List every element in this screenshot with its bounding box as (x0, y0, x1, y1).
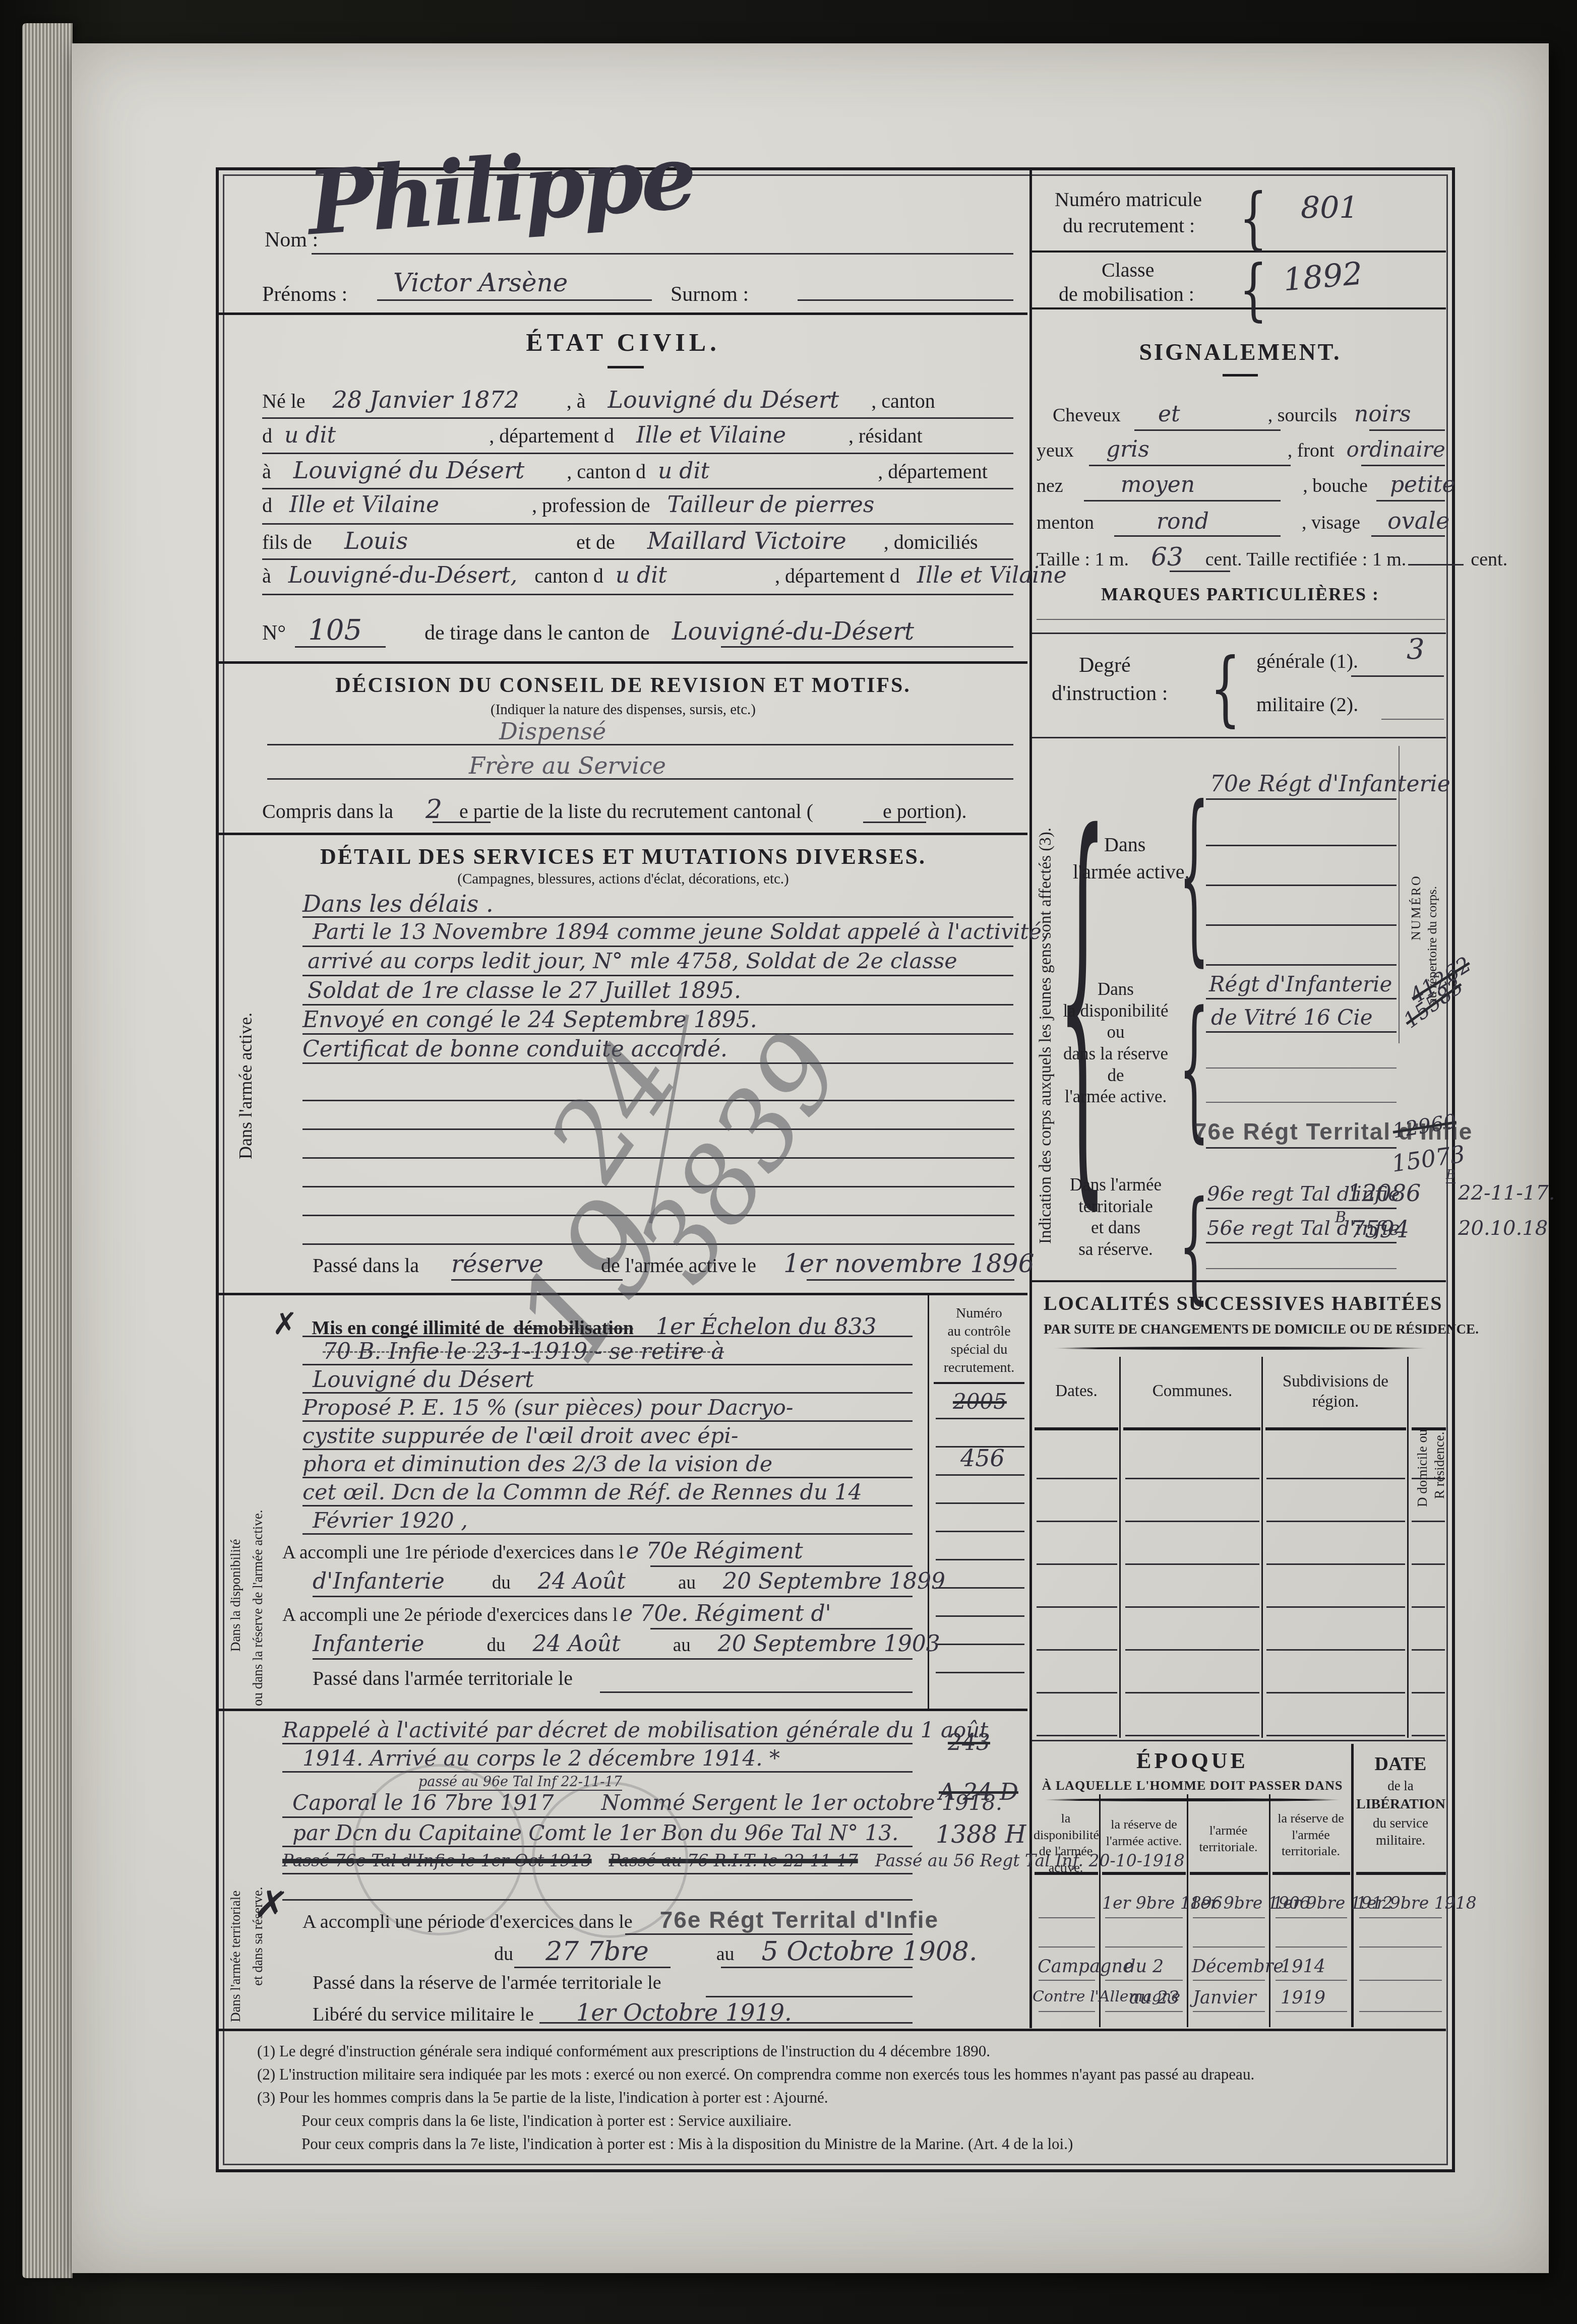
rule-line (267, 744, 1013, 745)
rule-line (1193, 2011, 1265, 2012)
generale-label: générale (1). (1256, 649, 1358, 673)
active-label-1: Dans (1104, 833, 1145, 856)
separator (1032, 737, 1446, 738)
compris-row: Compris dans la 2 e partie de la liste d… (262, 794, 967, 825)
label: du (494, 1943, 513, 1965)
menton-label: menton (1037, 512, 1094, 533)
brace: { (1179, 766, 1209, 983)
blank-ruled-lines (1412, 1436, 1445, 1738)
scanned-register-sheet: Philippe Nom : Prénoms : Victor Arsène S… (0, 0, 1577, 2324)
department: Ille et Vilaine (289, 492, 439, 518)
rule-line (1193, 1946, 1265, 1948)
sidebar-terr-label-1: Dans l'armée territoriale (228, 1891, 244, 2022)
label: , département d (775, 564, 900, 587)
rule-line (1039, 1980, 1095, 1981)
label: , résidant (848, 424, 923, 447)
value: réserve (451, 1250, 543, 1278)
sourcils-value: noirs (1354, 401, 1411, 427)
label: A accompli une 1re période d'exercices d… (282, 1542, 624, 1563)
dispo-label-block: Dans la disponibilité ou dans la réserve… (1053, 979, 1179, 1108)
separator (1032, 1280, 1446, 1282)
label: , département (878, 460, 988, 483)
rule-line (1039, 2011, 1095, 2012)
regiment: d'Infanterie (313, 1568, 445, 1594)
rappel-entry: Rappelé à l'activité par décret de mobil… (282, 1718, 988, 1742)
title-dash (608, 366, 644, 368)
rule-line (1170, 571, 1230, 572)
rule-line (302, 1364, 913, 1365)
label: du (487, 1635, 505, 1656)
rule-line (1206, 1242, 1397, 1243)
rule-line (1206, 798, 1397, 800)
passe-territoriale-label: Passé dans l'armée territoriale le (313, 1666, 573, 1690)
mutation-entry: Passé au 56 Regt Tal Inf. 20-10-1918 (875, 1851, 1185, 1870)
label: la disponibilité (1053, 1000, 1179, 1022)
label: dans la réserve (1053, 1043, 1179, 1065)
rule-line (807, 1279, 1014, 1281)
tirage-canton: Louvigné-du-Désert (672, 617, 914, 646)
label: de tirage dans le canton de (424, 621, 650, 645)
brace: { (1210, 641, 1241, 736)
sidebar-dispo-label-1: Dans la disponibilité (228, 1539, 244, 1652)
etat-civil-row-5: fils de Louis et de Maillard Victoire , … (262, 527, 978, 554)
rule-line (262, 594, 1013, 595)
label: , canton d (567, 460, 646, 483)
rule-line (1359, 1980, 1442, 1981)
localites-title: LOCALITÉS SUCCESSIVES HABITÉES (1044, 1291, 1437, 1315)
reforme-entry: cystite suppurée de l'œil droit avec épi… (302, 1423, 738, 1449)
rule-line (1193, 1917, 1265, 1918)
rule-line (1105, 2011, 1183, 2012)
label: Libéré du service militaire le (313, 2004, 534, 2025)
cheveux-label: Cheveux (1053, 405, 1121, 426)
repertoire-number-prefix: B (1335, 1209, 1346, 1226)
rule-line (1381, 719, 1444, 720)
passe-reserve-terr-label: Passé dans la réserve de l'armée territo… (313, 1972, 661, 1994)
separator (219, 661, 1027, 664)
numero-label: N° (262, 621, 286, 645)
epoque-value-territoriale: 1er 9bre 1906 (1190, 1893, 1268, 1913)
reforme-entry: Février 1920 , (313, 1508, 468, 1533)
cheveux-value: et (1158, 401, 1180, 427)
label: Né le (262, 390, 306, 412)
x-mark-icon: ✗ (272, 1306, 297, 1342)
degre-label-2: d'instruction : (1052, 681, 1168, 706)
date-col-header: de la (1356, 1778, 1445, 1794)
profession: Tailleur de pierres (668, 492, 875, 518)
periode-1-row-2: d'Infanterie du 24 Août au 20 Septembre … (313, 1568, 945, 1594)
matricule-value: 801 (1301, 191, 1359, 226)
decision-entry-1: Dispensé (499, 718, 606, 745)
label: du (492, 1573, 511, 1593)
separator (1032, 1740, 1446, 1741)
terr-label-block: Dans l'armée territoriale et dans sa rés… (1053, 1174, 1179, 1261)
col-header-subdivisions: Subdivisions de région. (1264, 1372, 1407, 1412)
services-title: DÉTAIL DES SERVICES ET MUTATIONS DIVERSE… (270, 844, 976, 869)
rule-line (302, 916, 1013, 918)
value: u dit (284, 422, 336, 448)
etat-civil-row-2: d u dit , département d Ille et Vilaine … (262, 422, 923, 448)
x-mark-icon: ✗ (252, 1880, 290, 1930)
degre-label-1: Degré (1079, 653, 1131, 677)
etat-civil-title: ÉTAT CIVIL. (421, 328, 825, 357)
table-divider (1407, 1357, 1409, 1738)
rule-line (1039, 1946, 1095, 1948)
rule-line (302, 1533, 913, 1535)
epoque-col4-header: la réserve de l'armée territoriale. (1272, 1810, 1349, 1860)
date-start: 24 Août (538, 1568, 626, 1594)
matricule-label-2: du recrutement : (1063, 214, 1195, 237)
etat-civil-row-6: à Louvigné-du-Désert, canton d u dit , d… (262, 562, 1067, 588)
header-rule (1035, 1427, 1118, 1430)
repertoire-number: 7594 (1350, 1216, 1409, 1243)
prenoms-value: Victor Arsène (393, 268, 568, 297)
matricule-label-1: Numéro matricule (1055, 187, 1202, 211)
regiment: Infanterie (313, 1631, 424, 1657)
sidebar-dispo-label-2: ou dans la réserve de l'armée active. (250, 1510, 266, 1706)
rule-line (302, 1336, 913, 1337)
etat-civil-row-3: à Louvigné du Désert , canton d u dit , … (262, 457, 988, 484)
rule-line (1369, 429, 1445, 431)
rule-line (1206, 1208, 1397, 1209)
visage-label: , visage (1302, 512, 1360, 533)
rule-line (302, 1477, 913, 1478)
label: et dans (1053, 1217, 1179, 1239)
label: et de (576, 531, 615, 553)
taille-label: Taille : 1 m. (1037, 549, 1129, 570)
margin-number: 1388 H (936, 1820, 1026, 1849)
label: e partie de la liste du recrutement cant… (459, 800, 813, 823)
classe-value: 1892 (1282, 255, 1364, 298)
separator (219, 1709, 1027, 1711)
rule-line (1105, 1917, 1183, 1918)
periode-1-row: A accompli une 1re période d'exercices d… (282, 1538, 803, 1564)
rule-line (302, 1392, 913, 1394)
residence: Louvigné du Désert (293, 457, 525, 484)
rule-line (312, 253, 1013, 255)
rule-line (313, 1658, 913, 1660)
label: l'armée active. (1053, 1086, 1179, 1108)
yeux-value: gris (1106, 436, 1149, 462)
etat-civil-row-1: Né le 28 Janvier 1872 , à Louvigné du Dé… (262, 386, 935, 413)
rule-line (625, 1933, 913, 1935)
signalement-row-2: yeux gris , front ordinaire (1037, 436, 1445, 462)
campagne-entry: 1914 (1281, 1957, 1325, 1977)
taille-row: Taille : 1 m. 63 cent. Taille rectifiée … (1037, 542, 1507, 572)
footnote-separator (219, 2029, 1446, 2031)
col-header-dates: Dates. (1035, 1382, 1118, 1401)
date-col-header: du service (1356, 1815, 1445, 1831)
nez-label: nez (1037, 475, 1063, 496)
label: , département d (489, 424, 614, 447)
margin-number-struck: A 24 D (939, 1778, 1018, 1805)
rule-line (262, 417, 1013, 419)
classe-label-2: de mobilisation : (1059, 282, 1194, 306)
yeux-label: yeux (1037, 440, 1074, 461)
value: u dit (616, 562, 667, 588)
date-col-header: LIBÉRATION (1356, 1796, 1445, 1812)
father-name: Louis (344, 527, 408, 554)
corps-dispo-regiment-2: de Vitré 16 Cie (1211, 1005, 1373, 1030)
label: canton d (534, 564, 603, 587)
book-binding-edge (22, 23, 73, 2278)
reforme-entry: cet œil. Dcn de la Commn de Réf. de Renn… (302, 1480, 862, 1505)
mother-name: Maillard Victoire (647, 527, 846, 554)
blank-ruled-lines (1266, 1436, 1405, 1738)
date-start: 24 Août (532, 1631, 620, 1657)
label: Passé dans la (313, 1254, 419, 1277)
rule-line (1276, 1917, 1347, 1918)
blank-ruled-lines (1125, 1436, 1259, 1738)
service-entry: Dans les délais . (302, 890, 494, 917)
rule-line (302, 946, 1013, 947)
rule-line (262, 488, 1013, 489)
margin-number-struck: 243 (948, 1730, 990, 1755)
label: Dans l'armée (1053, 1174, 1179, 1196)
column-divider (1029, 170, 1032, 2028)
label: Dans (1053, 979, 1179, 1000)
marques-title: MARQUES PARTICULIÈRES : (1084, 584, 1397, 605)
rule-line (295, 646, 386, 648)
title-dash (1223, 374, 1258, 376)
rule-line (1084, 500, 1281, 501)
label: A accompli une 2e période d'exercices da… (282, 1605, 618, 1625)
front-value: ordinaire (1347, 437, 1445, 462)
repertoire-number: 12086 (1347, 1179, 1421, 1207)
label: au (673, 1635, 691, 1656)
blank-ruled-lines (1206, 806, 1397, 968)
rule-line (514, 1967, 671, 1968)
nez-value: moyen (1121, 472, 1195, 497)
footnote-3: (3) Pour les hommes compris dans la 5e p… (257, 2089, 828, 2107)
table-divider (1261, 1357, 1263, 1738)
rule-line (1206, 1268, 1397, 1269)
rule-line (934, 1382, 1024, 1384)
tirage-number: 105 (308, 614, 362, 647)
surnom-label: Surnom : (671, 282, 749, 306)
epoque-value-reserve-active: 1er 9bre 1896 (1102, 1893, 1186, 1913)
rule-line (1276, 1946, 1347, 1948)
dispo-entry: Louvigné du Désert (313, 1367, 534, 1393)
menton-value: rond (1157, 509, 1209, 534)
signalement-title: SIGNALEMENT. (1084, 339, 1397, 365)
rule-line (262, 453, 1013, 454)
footnote-1: (1) Le degré d'instruction générale sera… (257, 2042, 990, 2060)
tirage-row: N° 105 de tirage dans le canton de Louvi… (262, 614, 914, 647)
rule-line (262, 523, 1013, 525)
label: , profession de (532, 494, 650, 517)
corps-active-regiment: 70e Régt d'Infanterie (1210, 771, 1450, 797)
header-rule (1123, 1427, 1260, 1430)
dispo-entry: 70 B. Infie le 23-1-1919 - se retire à (323, 1339, 724, 1364)
rule-line (1359, 1917, 1442, 1918)
rule-line (798, 299, 1013, 301)
epoque-col1-header: la disponibilité de l'armée active. (1034, 1810, 1098, 1876)
rule-line (600, 1691, 913, 1693)
label: Compris dans la (262, 800, 393, 823)
taille-value: 63 (1151, 542, 1183, 572)
rule-line (302, 1420, 913, 1422)
rule-line (433, 822, 491, 823)
etat-civil-row-4: d Ille et Vilaine , profession de Taille… (262, 492, 874, 518)
rule-line (1371, 535, 1445, 537)
rule-line (1359, 1946, 1442, 1948)
regiment-stamp: 76e Régt Territal d'Infie (660, 1907, 939, 1933)
table-divider (1351, 1744, 1354, 2027)
visage-value: ovale (1387, 507, 1449, 534)
nom-label: Nom : (265, 228, 318, 252)
periode-terr-dates: du 27 7bre au 5 Octobre 1908. (494, 1936, 977, 1967)
birth-place: Louvigné du Désert (608, 386, 839, 413)
domicile: Louvigné-du-Désert, (288, 562, 517, 588)
service-entry: Parti le 13 Novembre 1894 comme jeune So… (313, 919, 1049, 945)
repertoire-number-suffix: B (1446, 1167, 1455, 1183)
services-subtitle: (Campagnes, blessures, actions d'éclat, … (270, 871, 976, 888)
rule-line (377, 299, 652, 301)
campagne-entry: Janvier (1193, 1988, 1256, 2008)
separator (219, 833, 1027, 835)
cent-label: cent. (1471, 549, 1507, 570)
rule-line (863, 822, 926, 823)
header-rule (1272, 1872, 1350, 1875)
table-divider (1119, 1357, 1121, 1738)
decision-title: DÉCISION DU CONSEIL DE REVISION ET MOTIF… (270, 673, 976, 698)
rappel-entry: 1914. Arrivé au corps le 2 décembre 1914… (302, 1746, 780, 1771)
rule-line (302, 1449, 913, 1450)
liberation-date-value: 1er 9bre 1918 (1356, 1893, 1445, 1913)
date-start: 27 7bre (545, 1936, 649, 1967)
liste-partie-value: 2 (426, 794, 442, 825)
taille-rectifiee-label: cent. Taille rectifiée : 1 m. (1205, 549, 1407, 570)
date-col-header: DATE (1356, 1753, 1445, 1775)
bouche-value: petite (1390, 472, 1455, 497)
header-rule (1035, 1872, 1098, 1875)
rule-line (1359, 2011, 1442, 2012)
rule-line (1206, 1147, 1397, 1149)
epoque-col3-header: l'armée territoriale. (1190, 1823, 1267, 1855)
margin-date: 22-11-17. (1458, 1181, 1555, 1205)
passe-reserve-row: Passé dans la réserve de l'armée active … (313, 1249, 1034, 1278)
header-rule (1356, 1872, 1446, 1875)
reforme-entry: phora et diminution des 2/3 de la vision… (302, 1452, 772, 1477)
date-end: 20 Septembre 1899 (723, 1568, 945, 1594)
rule-line (721, 1967, 913, 1968)
header-rule (1190, 1872, 1268, 1875)
decision-subtitle: (Indiquer la nature des dispenses, sursi… (270, 702, 976, 718)
brace: { (1239, 251, 1267, 329)
rule-line (721, 646, 1013, 648)
controle-header: recrutement. (931, 1360, 1027, 1376)
label: à (262, 564, 271, 587)
rule-line (1361, 465, 1445, 466)
campagne-entry: 1919 (1281, 1988, 1325, 2008)
label: à (262, 460, 271, 483)
rule-line (1114, 535, 1281, 537)
blank-ruled-lines (1037, 1436, 1117, 1738)
label: d (262, 424, 272, 447)
localites-subtitle: PAR SUITE DE CHANGEMENTS DE DOMICILE OU … (1044, 1322, 1437, 1337)
footnote-5: Pour ceux compris dans la 7e liste, l'in… (301, 2135, 1073, 2153)
rule-line (267, 778, 1013, 780)
rule-line (1276, 1980, 1347, 1981)
rule-line (1039, 1917, 1095, 1918)
label: , à (567, 390, 586, 412)
footnote-4: Pour ceux compris dans la 6e liste, l'in… (301, 2112, 792, 2130)
instruction-generale-value: 3 (1407, 633, 1425, 666)
signalement-row-1: Cheveux et , sourcils noirs (1053, 401, 1411, 427)
periode-2-row-2: Infanterie du 24 Août au 20 Septembre 19… (313, 1631, 940, 1657)
label: A accompli une période d'exercices dans … (302, 1911, 633, 1932)
label: , domiciliés (884, 531, 978, 553)
signalement-row-3: nez moyen , bouche petite (1037, 472, 1455, 497)
footnote-2: (2) L'instruction militaire sera indiqué… (257, 2065, 1254, 2084)
rule-line (650, 1628, 913, 1629)
repertoire-label-1: NUMÉRO (1409, 874, 1424, 940)
epoque-subtitle: À LAQUELLE L'HOMME DOIT PASSER DANS (1035, 1778, 1350, 1793)
sidebar-armee-active-label: Dans l'armée active. (235, 1013, 256, 1159)
rule-line (1089, 465, 1291, 466)
label: ou (1053, 1022, 1179, 1043)
col-header-communes: Communes. (1124, 1382, 1260, 1401)
label: de (1053, 1065, 1179, 1087)
department: Ille et Vilaine (636, 422, 786, 448)
label: , canton (871, 390, 935, 412)
brace: { (1239, 179, 1267, 257)
corps-dispo-regiment: Régt d'Infanterie (1209, 972, 1392, 996)
rule-line (451, 1279, 623, 1281)
label: d (262, 494, 272, 517)
rule-line (539, 2022, 913, 2024)
epoque-value-reserve-terr: 1er 9bre 1912 (1272, 1893, 1350, 1913)
rule-line (1351, 675, 1444, 677)
flourish-rule (1044, 1798, 1341, 1801)
reforme-entry: Proposé P. E. 15 % (sur pièces) pour Dac… (302, 1395, 793, 1420)
rule-line (1206, 998, 1397, 999)
controle-header: spécial du (931, 1342, 1027, 1358)
rule-line (282, 1743, 913, 1744)
signalement-row-4: menton rond , visage ovale (1037, 507, 1449, 534)
decision-entry-2: Frère au Service (469, 752, 666, 779)
rule-line (1206, 1067, 1397, 1069)
bouche-label: , bouche (1303, 475, 1368, 496)
separator (1032, 633, 1446, 634)
periode-terr-row: A accompli une période d'exercices dans … (302, 1906, 939, 1933)
campagne-entry: Décembre (1192, 1957, 1284, 1977)
label: de l'armée active le (601, 1254, 756, 1277)
header-rule (1265, 1427, 1406, 1430)
separator (219, 312, 1027, 315)
label: fils de (262, 531, 312, 553)
label: e portion). (883, 800, 967, 823)
rule-line (1276, 2011, 1347, 2012)
rule-line (650, 1565, 913, 1567)
rule-line (282, 1899, 913, 1901)
sourcils-label: , sourcils (1268, 405, 1337, 426)
rule-line (313, 1596, 913, 1597)
rule-line (1105, 1980, 1183, 1981)
controle-header: Numéro (931, 1305, 1027, 1322)
front-label: , front (1288, 440, 1335, 461)
rule-line (1376, 500, 1445, 501)
rule-line (706, 1996, 913, 1997)
epoque-title: ÉPOQUE (1035, 1748, 1350, 1774)
date-end: 20 Septembre 1903 (718, 1631, 940, 1657)
header-rule (1412, 1427, 1446, 1430)
periode-2-row: A accompli une 2e période d'exercices da… (282, 1601, 831, 1626)
rule-line (1105, 1946, 1183, 1948)
rule-line (1134, 429, 1281, 431)
date-col-header: militaire. (1356, 1833, 1445, 1848)
